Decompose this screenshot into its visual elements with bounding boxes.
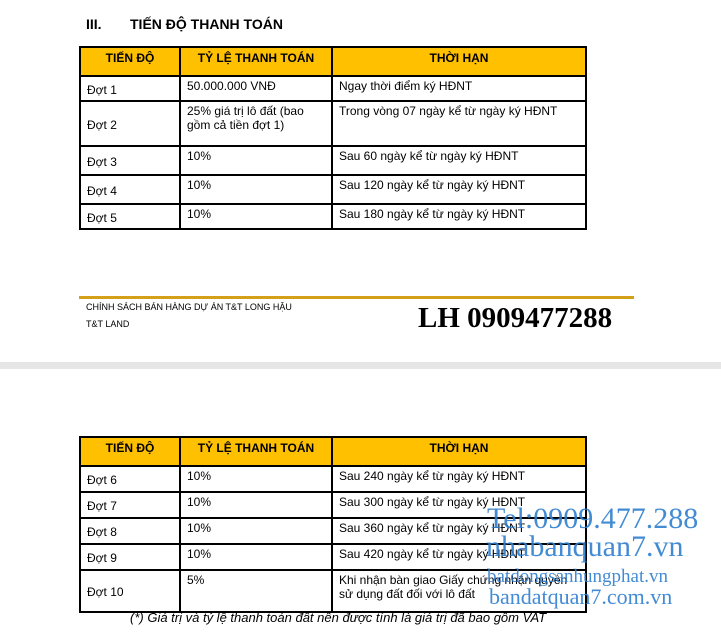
- vat-note: (*) Giá trị và tỷ lệ thanh toán đất nền …: [130, 610, 546, 625]
- cell-rate: 50.000.000 VNĐ: [180, 76, 332, 101]
- header-rate: TỶ LỆ THANH TOÁN: [180, 47, 332, 76]
- footer-policy: CHÍNH SÁCH BÁN HÀNG DỰ ÁN T&T LONG HẬU: [86, 302, 292, 312]
- table-row: Đợt 225% giá trị lô đất (bao gồm cả tiền…: [80, 101, 586, 146]
- cell-rate: 10%: [180, 466, 332, 492]
- table-row: Đợt 610%Sau 240 ngày kể từ ngày ký HĐNT: [80, 466, 586, 492]
- watermark-site-3: bandatquan7.com.vn: [489, 584, 672, 610]
- cell-stage: Đợt 6: [80, 466, 180, 492]
- cell-stage: Đợt 8: [80, 518, 180, 544]
- cell-deadline: Sau 180 ngày kể từ ngày ký HĐNT: [332, 204, 586, 229]
- watermark-site-1: nhabanquan7.vn: [486, 530, 683, 564]
- cell-deadline: Sau 60 ngày kể từ ngày ký HĐNT: [332, 146, 586, 175]
- cell-deadline: Ngay thời điểm ký HĐNT: [332, 76, 586, 101]
- cell-stage: Đợt 9: [80, 544, 180, 570]
- section-title: III.TIẾN ĐỘ THANH TOÁN: [86, 16, 283, 32]
- payment-table-1: TIẾN ĐỘ TỶ LỆ THANH TOÁN THỜI HẠN Đợt 15…: [79, 46, 587, 230]
- header-deadline: THỜI HẠN: [332, 47, 586, 76]
- footer-company: T&T LAND: [86, 319, 129, 329]
- footer-rule: [79, 296, 634, 299]
- section-number: III.: [86, 16, 130, 32]
- table-row: Đợt 410%Sau 120 ngày kể từ ngày ký HĐNT: [80, 175, 586, 204]
- cell-rate: 25% giá trị lô đất (bao gồm cả tiền đợt …: [180, 101, 332, 146]
- cell-rate: 10%: [180, 146, 332, 175]
- header-rate: TỶ LỆ THANH TOÁN: [180, 437, 332, 466]
- cell-stage: Đợt 5: [80, 204, 180, 229]
- cell-stage: Đợt 10: [80, 570, 180, 612]
- cell-stage: Đợt 2: [80, 101, 180, 146]
- cell-deadline: Trong vòng 07 ngày kể từ ngày ký HĐNT: [332, 101, 586, 146]
- table-row: Đợt 310%Sau 60 ngày kể từ ngày ký HĐNT: [80, 146, 586, 175]
- cell-stage: Đợt 1: [80, 76, 180, 101]
- cell-deadline: Sau 240 ngày kể từ ngày ký HĐNT: [332, 466, 586, 492]
- header-stage: TIẾN ĐỘ: [80, 437, 180, 466]
- cell-rate: 10%: [180, 544, 332, 570]
- cell-rate: 10%: [180, 492, 332, 518]
- contact-phone: LH 0909477288: [418, 302, 612, 335]
- cell-rate: 10%: [180, 175, 332, 204]
- section-heading: TIẾN ĐỘ THANH TOÁN: [130, 16, 283, 32]
- cell-rate: 5%: [180, 570, 332, 612]
- cell-deadline: Sau 120 ngày kể từ ngày ký HĐNT: [332, 175, 586, 204]
- cell-stage: Đợt 7: [80, 492, 180, 518]
- cell-rate: 10%: [180, 204, 332, 229]
- page-separator: [0, 362, 721, 369]
- header-stage: TIẾN ĐỘ: [80, 47, 180, 76]
- table-row: Đợt 510%Sau 180 ngày kể từ ngày ký HĐNT: [80, 204, 586, 229]
- header-deadline: THỜI HẠN: [332, 437, 586, 466]
- table-row: Đợt 150.000.000 VNĐNgay thời điểm ký HĐN…: [80, 76, 586, 101]
- cell-stage: Đợt 4: [80, 175, 180, 204]
- cell-rate: 10%: [180, 518, 332, 544]
- cell-stage: Đợt 3: [80, 146, 180, 175]
